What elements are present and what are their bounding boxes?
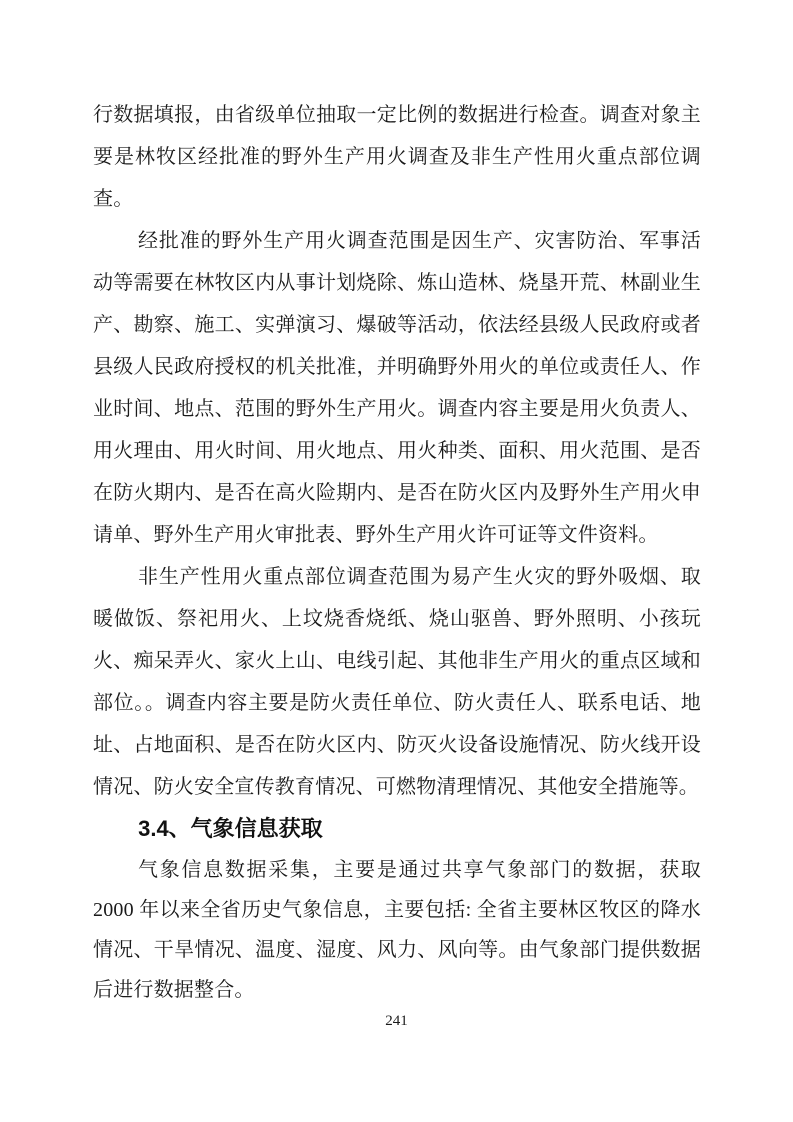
- body-paragraph: 经批准的野外生产用火调查范围是因生产、灾害防治、军事活动等需要在林牧区内从事计划…: [93, 220, 701, 556]
- body-paragraph: 行数据填报，由省级单位抽取一定比例的数据进行检查。调查对象主要是林牧区经批准的野…: [93, 94, 701, 220]
- body-paragraph: 气象信息数据采集，主要是通过共享气象部门的数据，获取 2000 年以来全省历史气…: [93, 850, 701, 1010]
- section-heading: 3.4、气象信息获取: [93, 808, 701, 850]
- document-body: 行数据填报，由省级单位抽取一定比例的数据进行检查。调查对象主要是林牧区经批准的野…: [93, 94, 701, 1010]
- document-page: 行数据填报，由省级单位抽取一定比例的数据进行检查。调查对象主要是林牧区经批准的野…: [0, 0, 793, 1122]
- body-paragraph: 非生产性用火重点部位调查范围为易产生火灾的野外吸烟、取暖做饭、祭祀用火、上坟烧香…: [93, 556, 701, 808]
- page-number: 241: [0, 1013, 793, 1030]
